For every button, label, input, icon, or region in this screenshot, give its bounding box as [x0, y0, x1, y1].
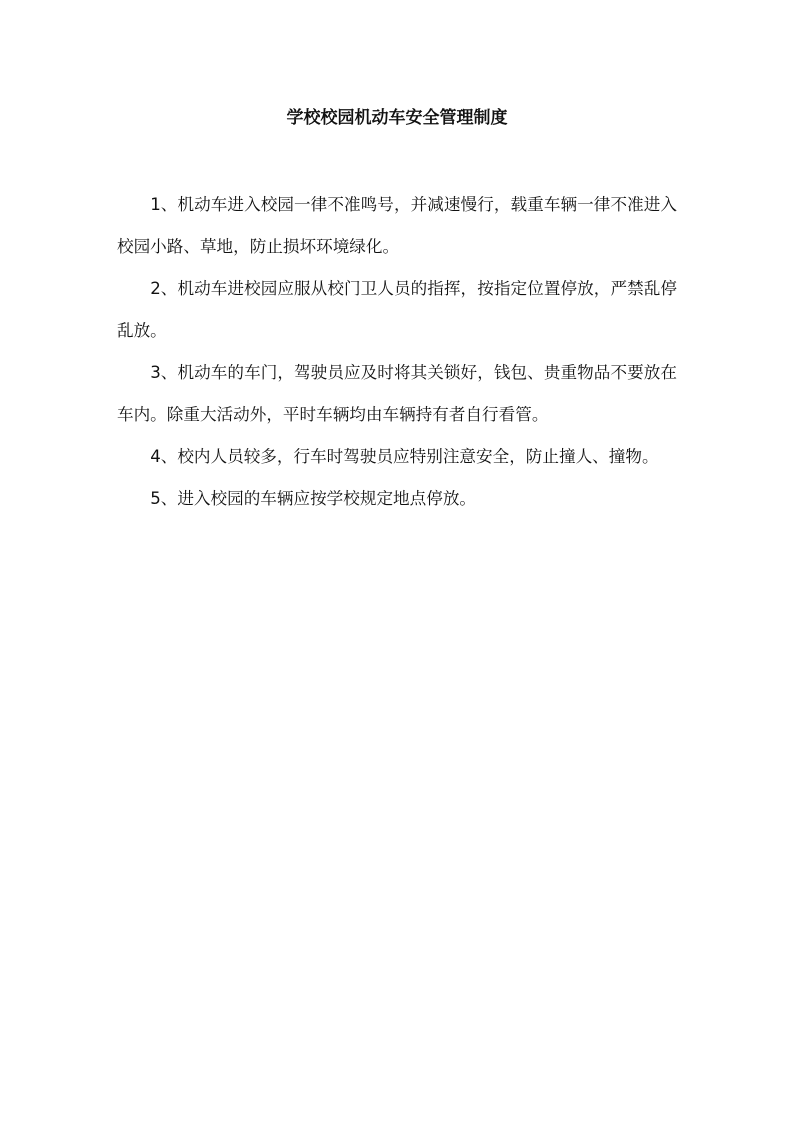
rule-paragraph-4: 4、校内人员较多，行车时驾驶员应特别注意安全，防止撞人、撞物。 — [117, 436, 677, 478]
document-title: 学校校园机动车安全管理制度 — [117, 104, 677, 132]
rule-paragraph-1: 1、机动车进入校园一律不准鸣号，并减速慢行，载重车辆一律不准进入校园小路、草地，… — [117, 184, 677, 268]
document-body: 1、机动车进入校园一律不准鸣号，并减速慢行，载重车辆一律不准进入校园小路、草地，… — [117, 184, 677, 520]
rule-paragraph-3: 3、机动车的车门，驾驶员应及时将其关锁好，钱包、贵重物品不要放在车内。除重大活动… — [117, 352, 677, 436]
rule-paragraph-5: 5、进入校园的车辆应按学校规定地点停放。 — [117, 478, 677, 520]
rule-paragraph-2: 2、机动车进校园应服从校门卫人员的指挥，按指定位置停放，严禁乱停乱放。 — [117, 268, 677, 352]
